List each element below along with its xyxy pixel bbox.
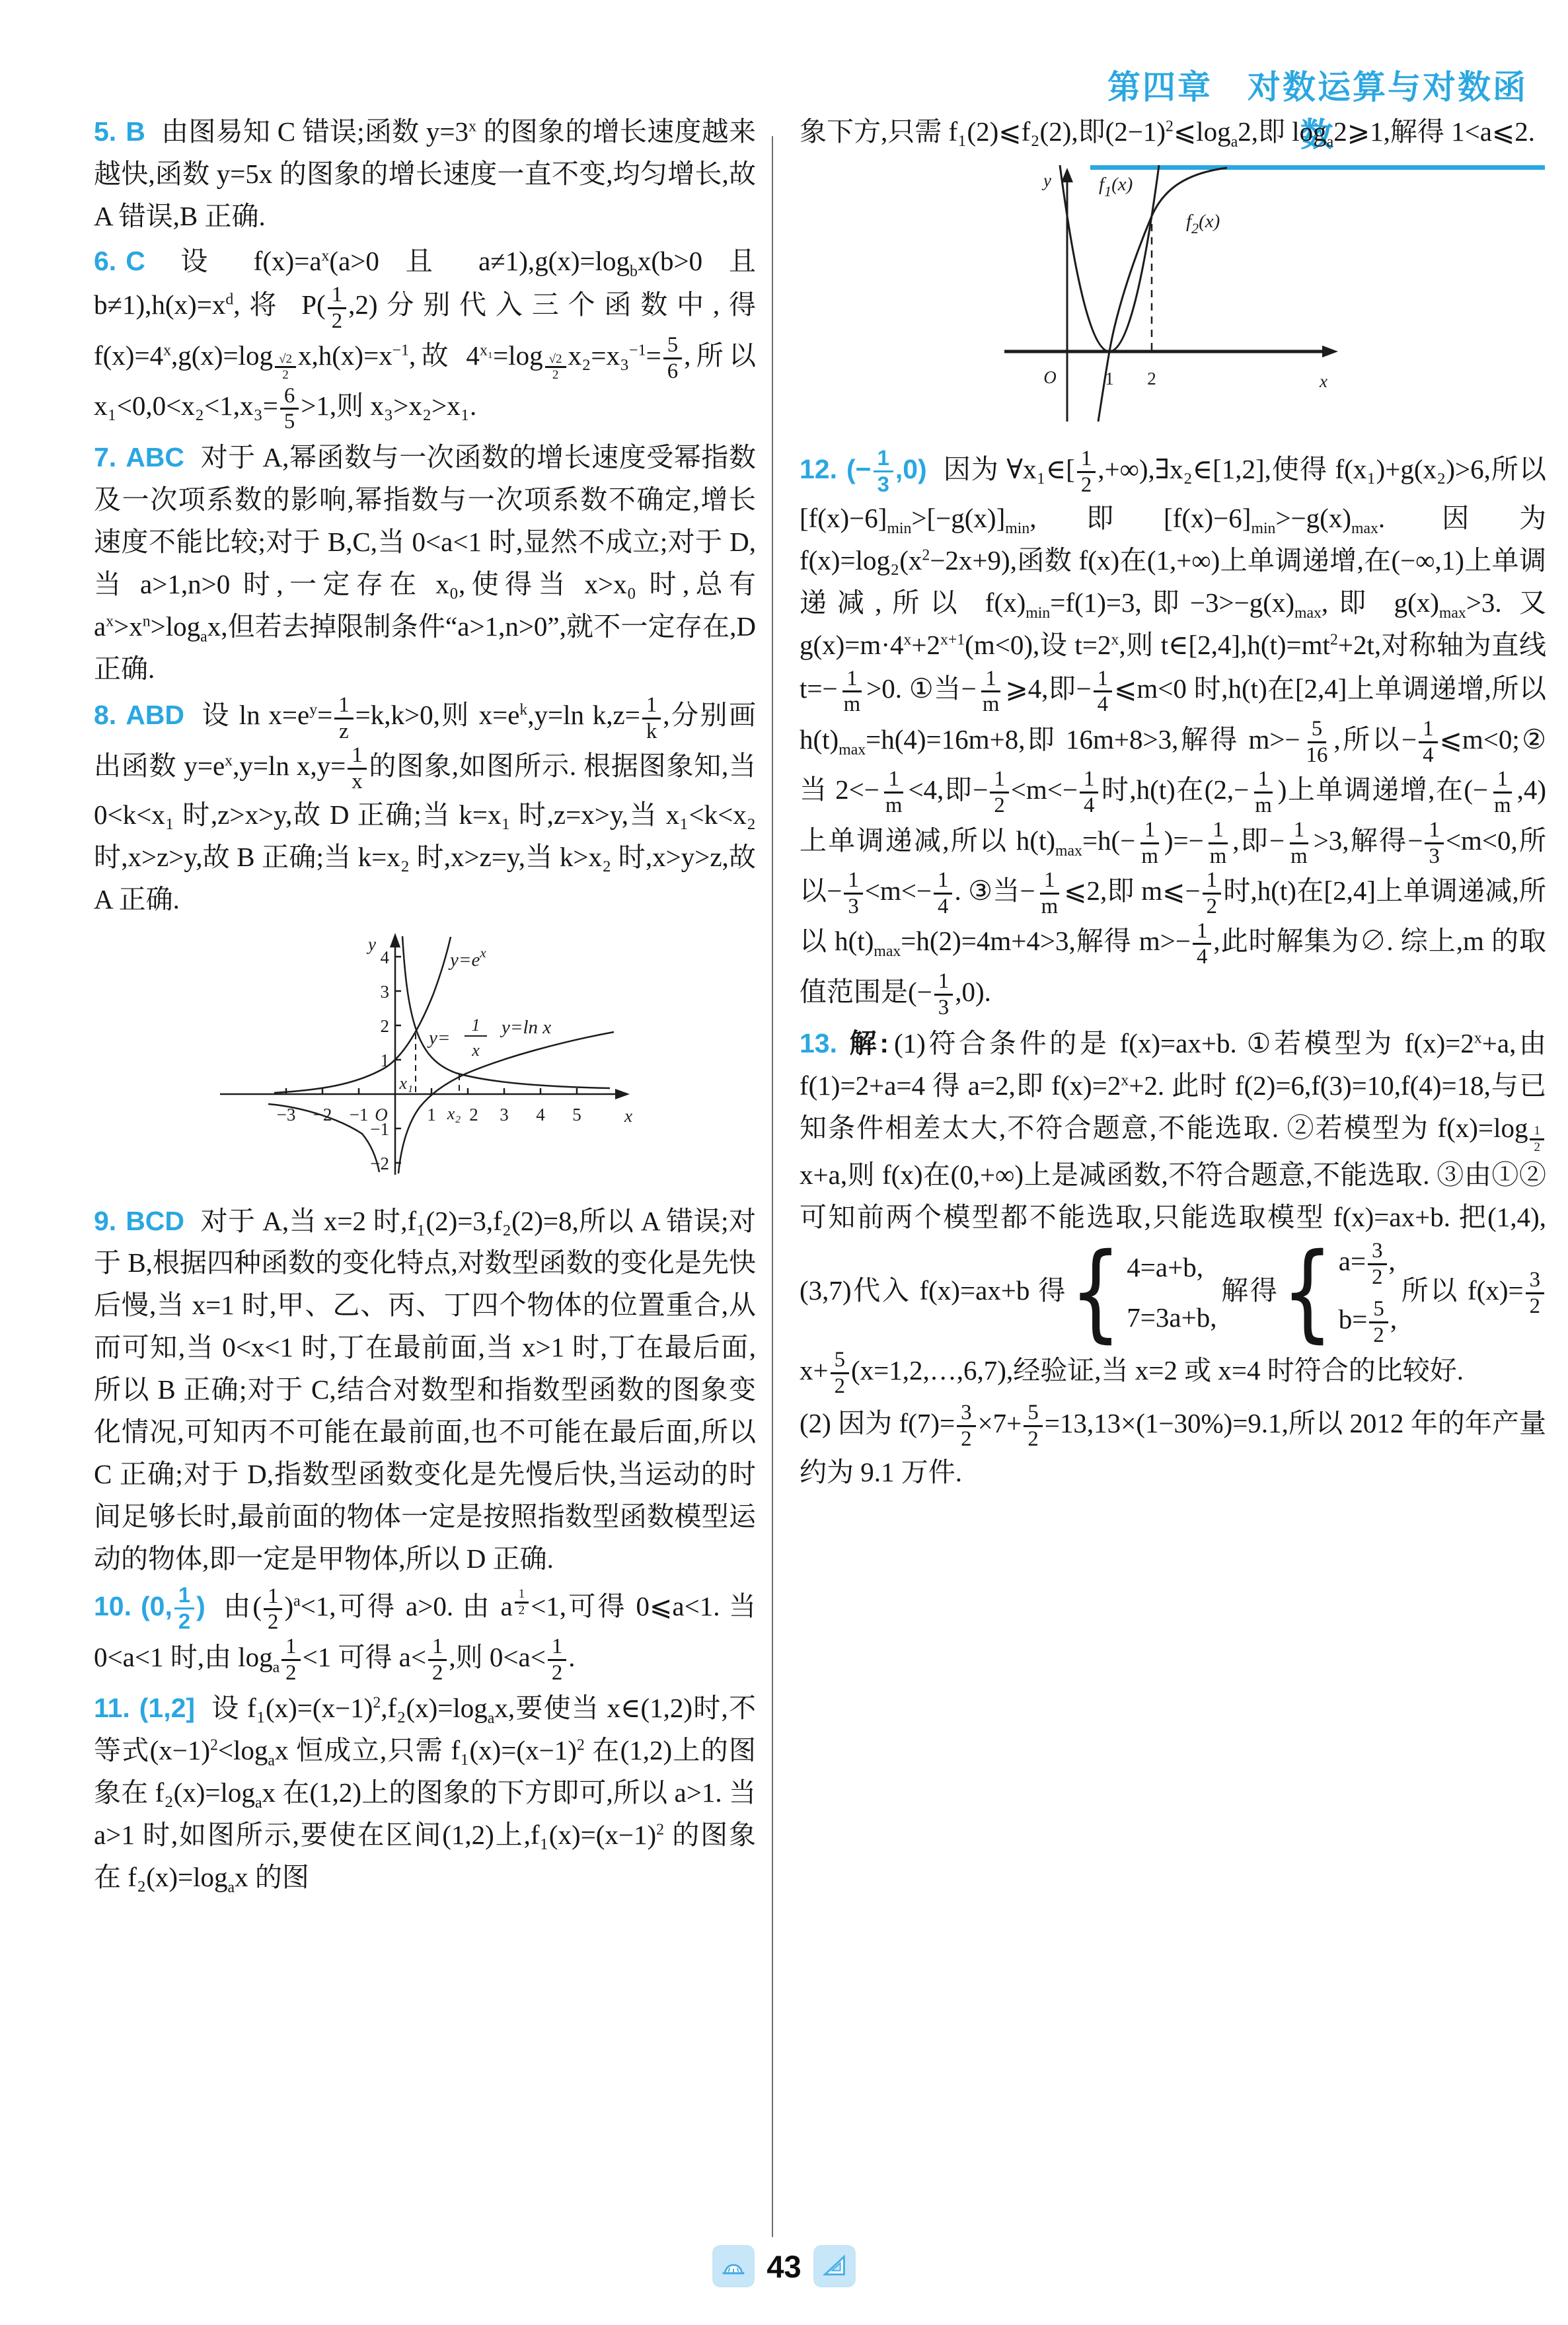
curve-reciprocal-positive — [402, 936, 610, 1088]
item-number: 8. — [94, 700, 116, 730]
figure-item8-svg: −3 −2 −1 O 1 2 3 4 5 4 3 2 1 −1 −2 x y x… — [207, 928, 643, 1179]
item-answer: B — [126, 116, 145, 147]
left-column: 5.B由图易知 C 错误;函数 y=3x 的图象的增长速度越来越快,函数 y=5… — [94, 111, 756, 2258]
answer-item-13-part2: (2) 因为 f(7)=32×7+52=13,13×(1−30%)=9.1,所以… — [800, 1401, 1546, 1493]
x-tick-label: 1 — [1105, 369, 1114, 388]
item-number: 5. — [94, 116, 116, 147]
answer-item-9: 9.BCD对于 A,当 x=2 时,f₁(2)=3,f₂(2)=8,所以 A 错… — [94, 1200, 756, 1581]
x-axis-label: x — [624, 1106, 632, 1126]
item-body: 因为 ∀x₁∈[12,+∞),∃x₂∈[1,2],使得 f(x₁)+g(x₂)>… — [800, 454, 1546, 1007]
curve-label-f2: f2(x) — [1186, 211, 1220, 237]
y-axis-label: y — [366, 934, 376, 954]
x-axis-arrow — [1322, 346, 1338, 357]
y-axis-label: y — [1041, 170, 1051, 190]
figure-item11-svg: O 1 2 x y f1(x) f2(x) — [968, 160, 1378, 424]
right-column: 象下方,只需 f₁(2)⩽f₂(2),即(2−1)2⩽loga2,即 loga2… — [800, 111, 1546, 2258]
page-footer: 43 — [0, 2245, 1568, 2287]
answer-item-8: 8.ABD设 ln x=ey=1z=k,k>0,则 x=ek,y=ln k,z=… — [94, 693, 756, 921]
column-divider — [772, 136, 773, 2237]
curve-label-ln: y=ln x — [500, 1017, 551, 1038]
item-number: 10. — [94, 1591, 131, 1621]
figure-item11-graph: O 1 2 x y f1(x) f2(x) — [800, 160, 1546, 437]
item-answer: C — [126, 246, 145, 276]
item-answer: ABC — [126, 442, 184, 472]
x-tick-label: 3 — [500, 1105, 509, 1125]
x-axis-arrow — [615, 1089, 630, 1099]
x-tick-label: −2 — [313, 1105, 332, 1125]
item-body-part2: (2) 因为 f(7)=32×7+52=13,13×(1−30%)=9.1,所以… — [800, 1408, 1546, 1487]
triangle-ruler-icon — [813, 2245, 856, 2287]
item-body: 对于 A,幂函数与一次函数的增长速度受幂指数及一次项系数的影响,幂指数与一次项系… — [94, 442, 756, 684]
item-answer: ABD — [126, 700, 184, 730]
answer-item-10: 10.(0,12)由(12)a<1,可得 a>0. 由 a12<1,可得 0⩽a… — [94, 1583, 756, 1685]
x-tick-label: 2 — [469, 1105, 478, 1125]
solution-prefix: 解: — [846, 1028, 889, 1058]
answer-item-13: 13.解:(1)符合条件的是 f(x)=ax+b. ①若模型为 f(x)=2x+… — [800, 1023, 1546, 1399]
item-body: 设 f(x)=ax(a>0 且 a≠1),g(x)=logbx(b>0 且 b≠… — [94, 246, 756, 421]
item-number: 9. — [94, 1206, 116, 1236]
item-body: 对于 A,当 x=2 时,f₁(2)=3,f₂(2)=8,所以 A 错误;对于 … — [94, 1206, 756, 1574]
x-axis-label: x — [1319, 371, 1327, 391]
y-tick-label: −2 — [370, 1154, 389, 1173]
item-answer: (−13,0) — [846, 454, 927, 484]
item-body: 设 ln x=ey=1z=k,k>0,则 x=ek,y=ln k,z=1k,分别… — [94, 700, 756, 914]
x-tick-label: 2 — [1147, 369, 1156, 388]
x1-marker-label: x₁ — [398, 1074, 413, 1093]
curve-label-f1: f1(x) — [1099, 174, 1133, 200]
origin-label: O — [1043, 367, 1057, 387]
curve-ln-x — [398, 1032, 614, 1173]
curve-label-exp: y=ex — [448, 945, 486, 971]
answer-item-12: 12.(−13,0)因为 ∀x₁∈[12,+∞),∃x₂∈[1,2],使得 f(… — [800, 446, 1546, 1020]
x-tick-label: −1 — [350, 1105, 369, 1125]
item-number: 12. — [800, 454, 837, 484]
x2-marker-label: x₂ — [447, 1104, 461, 1123]
y-axis-arrow — [390, 933, 400, 947]
y-axis-arrow — [1061, 168, 1073, 182]
answer-item-6: 6.C设 f(x)=ax(a>0 且 a≠1),g(x)=logbx(b>0 且… — [94, 240, 756, 434]
x-tick-label: 4 — [536, 1105, 545, 1125]
item-number: 13. — [800, 1028, 837, 1058]
x-tick-label: −3 — [277, 1105, 296, 1125]
item-body: 由图易知 C 错误;函数 y=3x 的图象的增长速度越来越快,函数 y=5x 的… — [94, 116, 756, 231]
y-tick-label: 4 — [381, 947, 390, 967]
item-answer: BCD — [126, 1206, 184, 1236]
reciprocal-denominator: x — [471, 1041, 480, 1060]
answer-item-5: 5.B由图易知 C 错误;函数 y=3x 的图象的增长速度越来越快,函数 y=5… — [94, 111, 756, 238]
answer-item-7: 7.ABC对于 A,幂函数与一次函数的增长速度受幂指数及一次项系数的影响,幂指数… — [94, 437, 756, 690]
curve-exp-x — [274, 937, 451, 1093]
protractor-icon — [712, 2245, 755, 2287]
y-tick-label: 3 — [381, 982, 390, 1002]
y-tick-label: −1 — [370, 1119, 389, 1139]
item-11-continuation: 象下方,只需 f₁(2)⩽f₂(2),即(2−1)2⩽loga2,即 loga2… — [800, 111, 1546, 153]
figure-item8-graph: −3 −2 −1 O 1 2 3 4 5 4 3 2 1 −1 −2 x y x… — [94, 928, 756, 1191]
item-body-part1: (1)符合条件的是 f(x)=ax+b. ①若模型为 f(x)=2x+a,由 f… — [800, 1028, 1546, 1385]
curve-label-reciprocal: y= — [427, 1027, 450, 1049]
curve-f2-log — [1098, 168, 1227, 422]
item-answer: (0,12) — [141, 1591, 205, 1621]
y-tick-label: 2 — [381, 1016, 390, 1036]
page-number: 43 — [766, 2248, 801, 2285]
item-answer: (1,2] — [139, 1693, 195, 1723]
x-tick-label: 5 — [572, 1105, 581, 1125]
item-number: 7. — [94, 442, 116, 472]
answer-item-11: 11.(1,2]设 f₁(x)=(x−1)2,f₂(x)=logax,要使当 x… — [94, 1687, 756, 1899]
y-tick-label: 1 — [381, 1051, 390, 1070]
item-number: 11. — [94, 1693, 130, 1723]
item-number: 6. — [94, 246, 116, 276]
x-tick-label: 1 — [427, 1105, 436, 1125]
reciprocal-numerator: 1 — [472, 1015, 480, 1035]
